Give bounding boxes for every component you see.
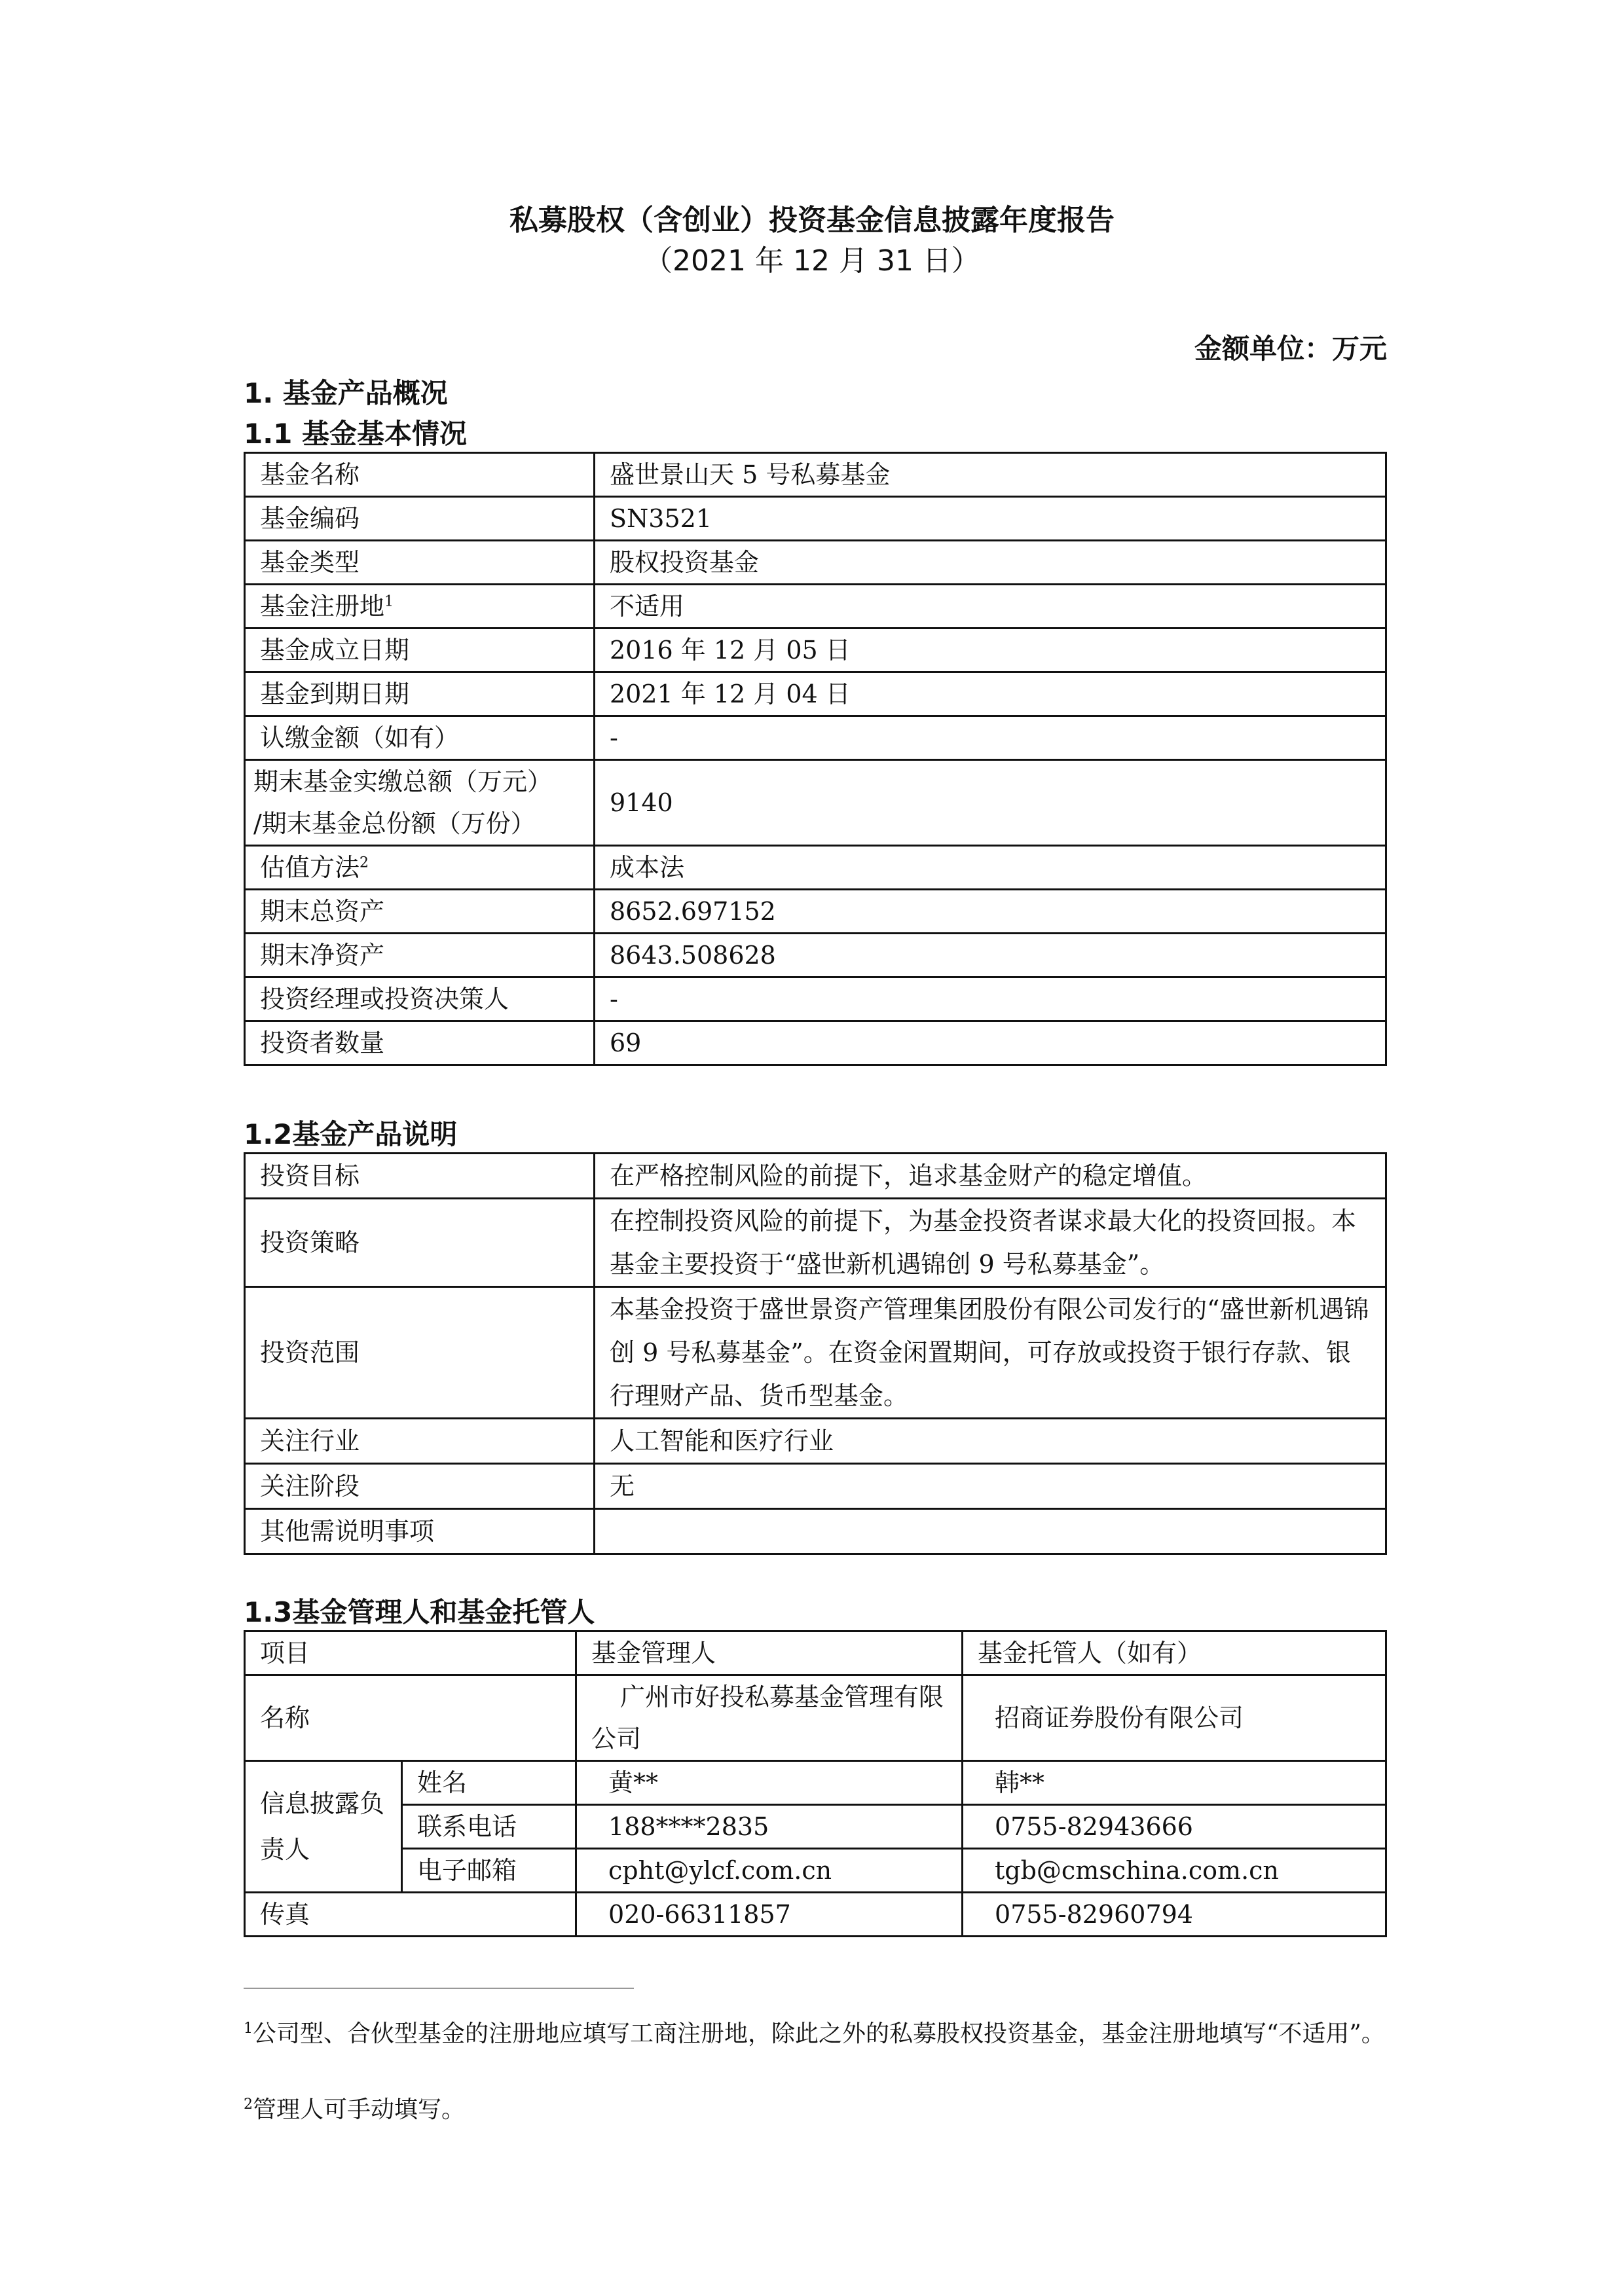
table-row: 基金成立日期2016 年 12 月 05 日	[245, 629, 1386, 672]
table-row: 传真 020-66311857 0755-82960794	[245, 1893, 1386, 1937]
row-value: 无	[595, 1464, 1386, 1509]
row-label: 期末基金实缴总额（万元）/期末基金总份额（万份）	[245, 760, 595, 846]
row-value: 2016 年 12 月 05 日	[595, 629, 1386, 672]
row-label: 期末净资产	[245, 934, 595, 977]
table-row: 期末基金实缴总额（万元）/期末基金总份额（万份）9140	[245, 760, 1386, 846]
row-label: 姓名	[402, 1761, 576, 1805]
row-value: 在控制投资风险的前提下，为基金投资者谋求最大化的投资回报。本基金主要投资于“盛世…	[595, 1199, 1386, 1287]
row-label: 基金注册地1	[245, 585, 595, 629]
manager-name: 广州市好投私募基金管理有限公司	[576, 1675, 963, 1761]
row-value: 8643.508628	[595, 934, 1386, 977]
row-value: 9140	[595, 760, 1386, 846]
row-value: 成本法	[595, 846, 1386, 890]
report-date: （2021 年 12 月 31 日）	[0, 237, 1624, 279]
section-heading-1-1: 1.1 基金基本情况	[244, 412, 467, 452]
row-label: 基金到期日期	[245, 672, 595, 716]
manager-custodian-table: 项目 基金管理人 基金托管人（如有） 名称 广州市好投私募基金管理有限公司 招商…	[244, 1630, 1387, 1937]
row-value: SN3521	[595, 497, 1386, 541]
row-label: 传真	[245, 1893, 576, 1937]
header-custodian: 基金托管人（如有）	[963, 1631, 1386, 1675]
manager-contact-name: 黄**	[576, 1761, 963, 1805]
row-value: 股权投资基金	[595, 541, 1386, 585]
row-label: 联系电话	[402, 1805, 576, 1849]
product-description-table: 投资目标在严格控制风险的前提下，追求基金财产的稳定增值。 投资策略在控制投资风险…	[244, 1152, 1387, 1555]
header-item: 项目	[245, 1631, 576, 1675]
table-row: 基金到期日期2021 年 12 月 04 日	[245, 672, 1386, 716]
row-value	[595, 1509, 1386, 1554]
footnote-text: 公司型、合伙型基金的注册地应填写工商注册地，除此之外的私募股权投资基金，基金注册…	[253, 2020, 1385, 2047]
label-text: 基金注册地	[260, 592, 384, 621]
table-row: 基金编码SN3521	[245, 497, 1386, 541]
table-row: 基金类型股权投资基金	[245, 541, 1386, 585]
table-row: 基金注册地1不适用	[245, 585, 1386, 629]
row-value: 不适用	[595, 585, 1386, 629]
row-label: 其他需说明事项	[245, 1509, 595, 1554]
footnote-ref: 2	[360, 854, 369, 871]
custodian-email: tgb@cmschina.com.cn	[963, 1849, 1386, 1893]
table-row: 联系电话 188****2835 0755-82943666	[245, 1805, 1386, 1849]
table-row: 关注行业人工智能和医疗行业	[245, 1419, 1386, 1464]
basic-info-table: 基金名称盛世景山天 5 号私募基金 基金编码SN3521 基金类型股权投资基金 …	[244, 452, 1387, 1066]
row-label: 投资者数量	[245, 1021, 595, 1065]
row-value: 8652.697152	[595, 890, 1386, 934]
row-label: 基金编码	[245, 497, 595, 541]
custodian-contact-name: 韩**	[963, 1761, 1386, 1805]
row-label: 投资目标	[245, 1154, 595, 1199]
row-value: 本基金投资于盛世景资产管理集团股份有限公司发行的“盛世新机遇锦创 9 号私募基金…	[595, 1287, 1386, 1419]
row-label: 基金名称	[245, 453, 595, 497]
table-row: 期末净资产8643.508628	[245, 934, 1386, 977]
row-label: 投资范围	[245, 1287, 595, 1419]
row-label: 估值方法2	[245, 846, 595, 890]
disclosure-group-label: 信息披露负责人	[245, 1761, 402, 1893]
row-label: 名称	[245, 1675, 576, 1761]
label-text: 估值方法	[260, 853, 360, 882]
footnote-ref: 1	[384, 593, 394, 610]
row-label: 基金类型	[245, 541, 595, 585]
table-row: 电子邮箱 cpht@ylcf.com.cn tgb@cmschina.com.c…	[245, 1849, 1386, 1893]
footnote-number: 1	[244, 2020, 253, 2037]
custodian-phone: 0755-82943666	[963, 1805, 1386, 1849]
row-label: 期末总资产	[245, 890, 595, 934]
row-label: 投资策略	[245, 1199, 595, 1287]
table-row: 期末总资产8652.697152	[245, 890, 1386, 934]
manager-phone: 188****2835	[576, 1805, 963, 1849]
table-row: 关注阶段无	[245, 1464, 1386, 1509]
manager-fax: 020-66311857	[576, 1893, 963, 1937]
footnote-number: 2	[244, 2096, 253, 2113]
label-line-1: 期末基金实缴总额（万元）	[253, 761, 579, 803]
row-value: 2021 年 12 月 04 日	[595, 672, 1386, 716]
report-title: 私募股权（含创业）投资基金信息披露年度报告	[0, 196, 1624, 238]
row-label: 投资经理或投资决策人	[245, 977, 595, 1021]
custodian-name: 招商证券股份有限公司	[963, 1675, 1386, 1761]
custodian-fax: 0755-82960794	[963, 1893, 1386, 1937]
table-header-row: 项目 基金管理人 基金托管人（如有）	[245, 1631, 1386, 1675]
row-label: 认缴金额（如有）	[245, 716, 595, 760]
row-value: 在严格控制风险的前提下，追求基金财产的稳定增值。	[595, 1154, 1386, 1199]
row-label: 关注行业	[245, 1419, 595, 1464]
table-row: 投资者数量69	[245, 1021, 1386, 1065]
row-value: 69	[595, 1021, 1386, 1065]
section-heading-1: 1. 基金产品概况	[244, 372, 448, 411]
table-row: 其他需说明事项	[245, 1509, 1386, 1554]
label-line-2: /期末基金总份额（万份）	[253, 803, 579, 845]
section-heading-1-3: 1.3基金管理人和基金托管人	[244, 1591, 595, 1630]
manager-email: cpht@ylcf.com.cn	[576, 1849, 963, 1893]
table-row: 投资目标在严格控制风险的前提下，追求基金财产的稳定增值。	[245, 1154, 1386, 1199]
header-manager: 基金管理人	[576, 1631, 963, 1675]
footnote-divider	[244, 1988, 634, 1989]
table-row: 投资范围本基金投资于盛世景资产管理集团股份有限公司发行的“盛世新机遇锦创 9 号…	[245, 1287, 1386, 1419]
table-row: 信息披露负责人 姓名 黄** 韩**	[245, 1761, 1386, 1805]
row-value: 人工智能和医疗行业	[595, 1419, 1386, 1464]
footnote-2: 2管理人可手动填写。	[244, 2091, 1387, 2129]
table-row: 投资经理或投资决策人-	[245, 977, 1386, 1021]
row-value: -	[595, 716, 1386, 760]
table-row: 名称 广州市好投私募基金管理有限公司 招商证券股份有限公司	[245, 1675, 1386, 1761]
row-value: 盛世景山天 5 号私募基金	[595, 453, 1386, 497]
table-row: 认缴金额（如有）-	[245, 716, 1386, 760]
row-label: 关注阶段	[245, 1464, 595, 1509]
table-row: 投资策略在控制投资风险的前提下，为基金投资者谋求最大化的投资回报。本基金主要投资…	[245, 1199, 1386, 1287]
table-row: 估值方法2成本法	[245, 846, 1386, 890]
footnote-1: 1公司型、合伙型基金的注册地应填写工商注册地，除此之外的私募股权投资基金，基金注…	[244, 2015, 1387, 2053]
footnote-text: 管理人可手动填写。	[253, 2096, 465, 2123]
row-label: 基金成立日期	[245, 629, 595, 672]
amount-unit: 金额单位：万元	[1194, 327, 1387, 367]
table-row: 基金名称盛世景山天 5 号私募基金	[245, 453, 1386, 497]
row-label: 电子邮箱	[402, 1849, 576, 1893]
section-heading-1-2: 1.2基金产品说明	[244, 1113, 457, 1152]
row-value: -	[595, 977, 1386, 1021]
